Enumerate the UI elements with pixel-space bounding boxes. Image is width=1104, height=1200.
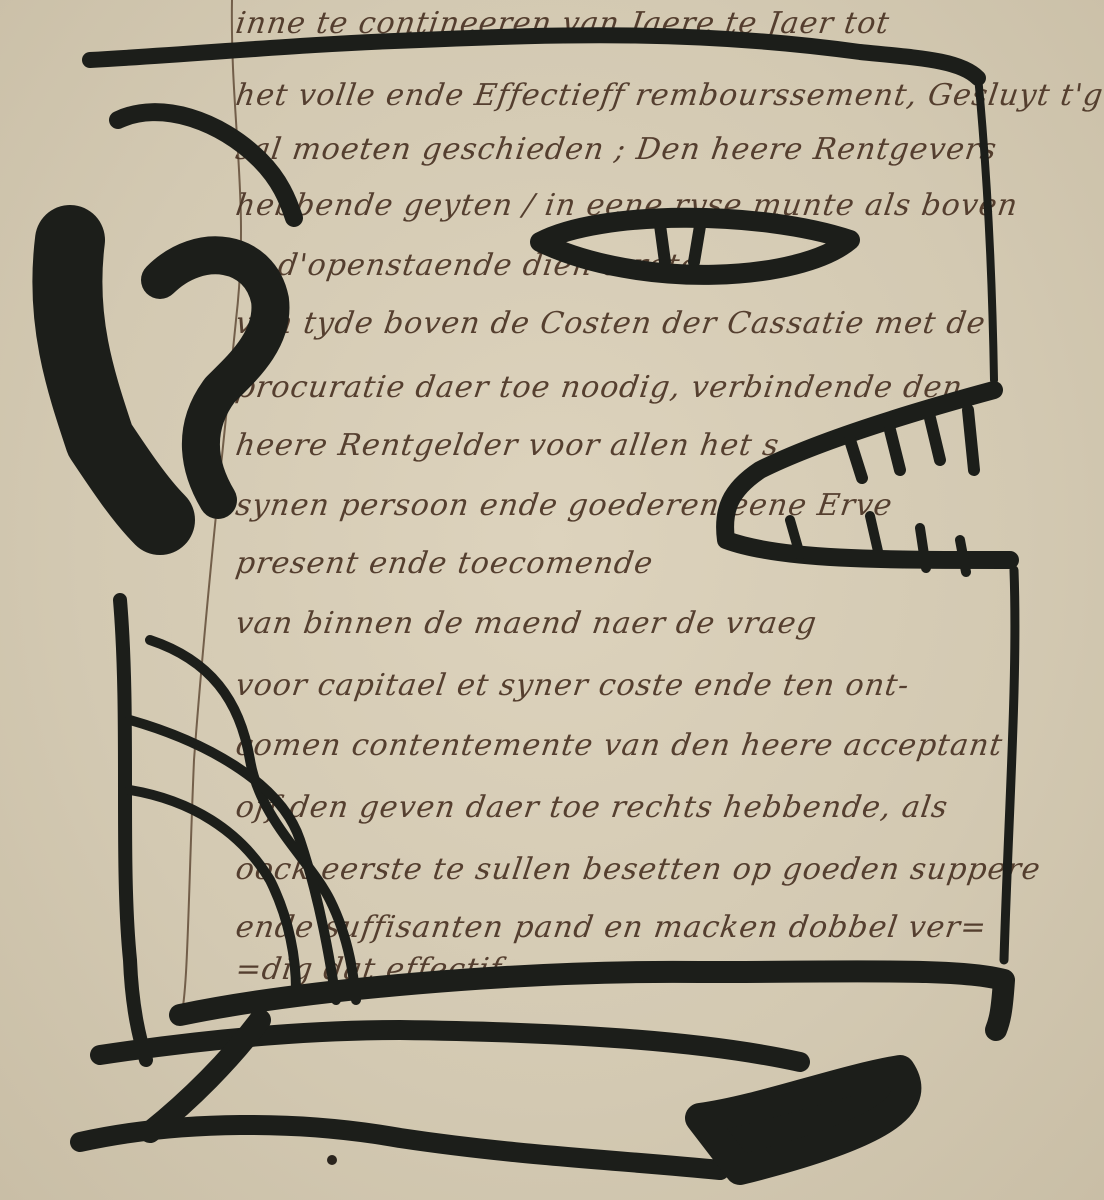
collar-stroke-upper <box>100 1030 800 1062</box>
neck-left-curve <box>120 600 146 1060</box>
neck-inner-curve-2 <box>130 720 336 1000</box>
collar-stroke-lower <box>80 1125 720 1170</box>
brush-strokes <box>0 0 1104 1200</box>
ear-top-curl <box>118 112 294 218</box>
ear-stroke <box>160 255 270 500</box>
chin-stroke <box>180 971 1004 1030</box>
head-top-stroke <box>90 35 978 78</box>
collar-dry-brush <box>700 1070 906 1170</box>
face-right-edge-stroke <box>978 76 994 380</box>
ink-dot <box>327 1155 337 1165</box>
jaw-right-stroke <box>1004 570 1015 960</box>
eye-pupil-stroke <box>660 225 700 262</box>
artwork-canvas: inne te contineeren van Jaere te Jaer to… <box>0 0 1104 1200</box>
